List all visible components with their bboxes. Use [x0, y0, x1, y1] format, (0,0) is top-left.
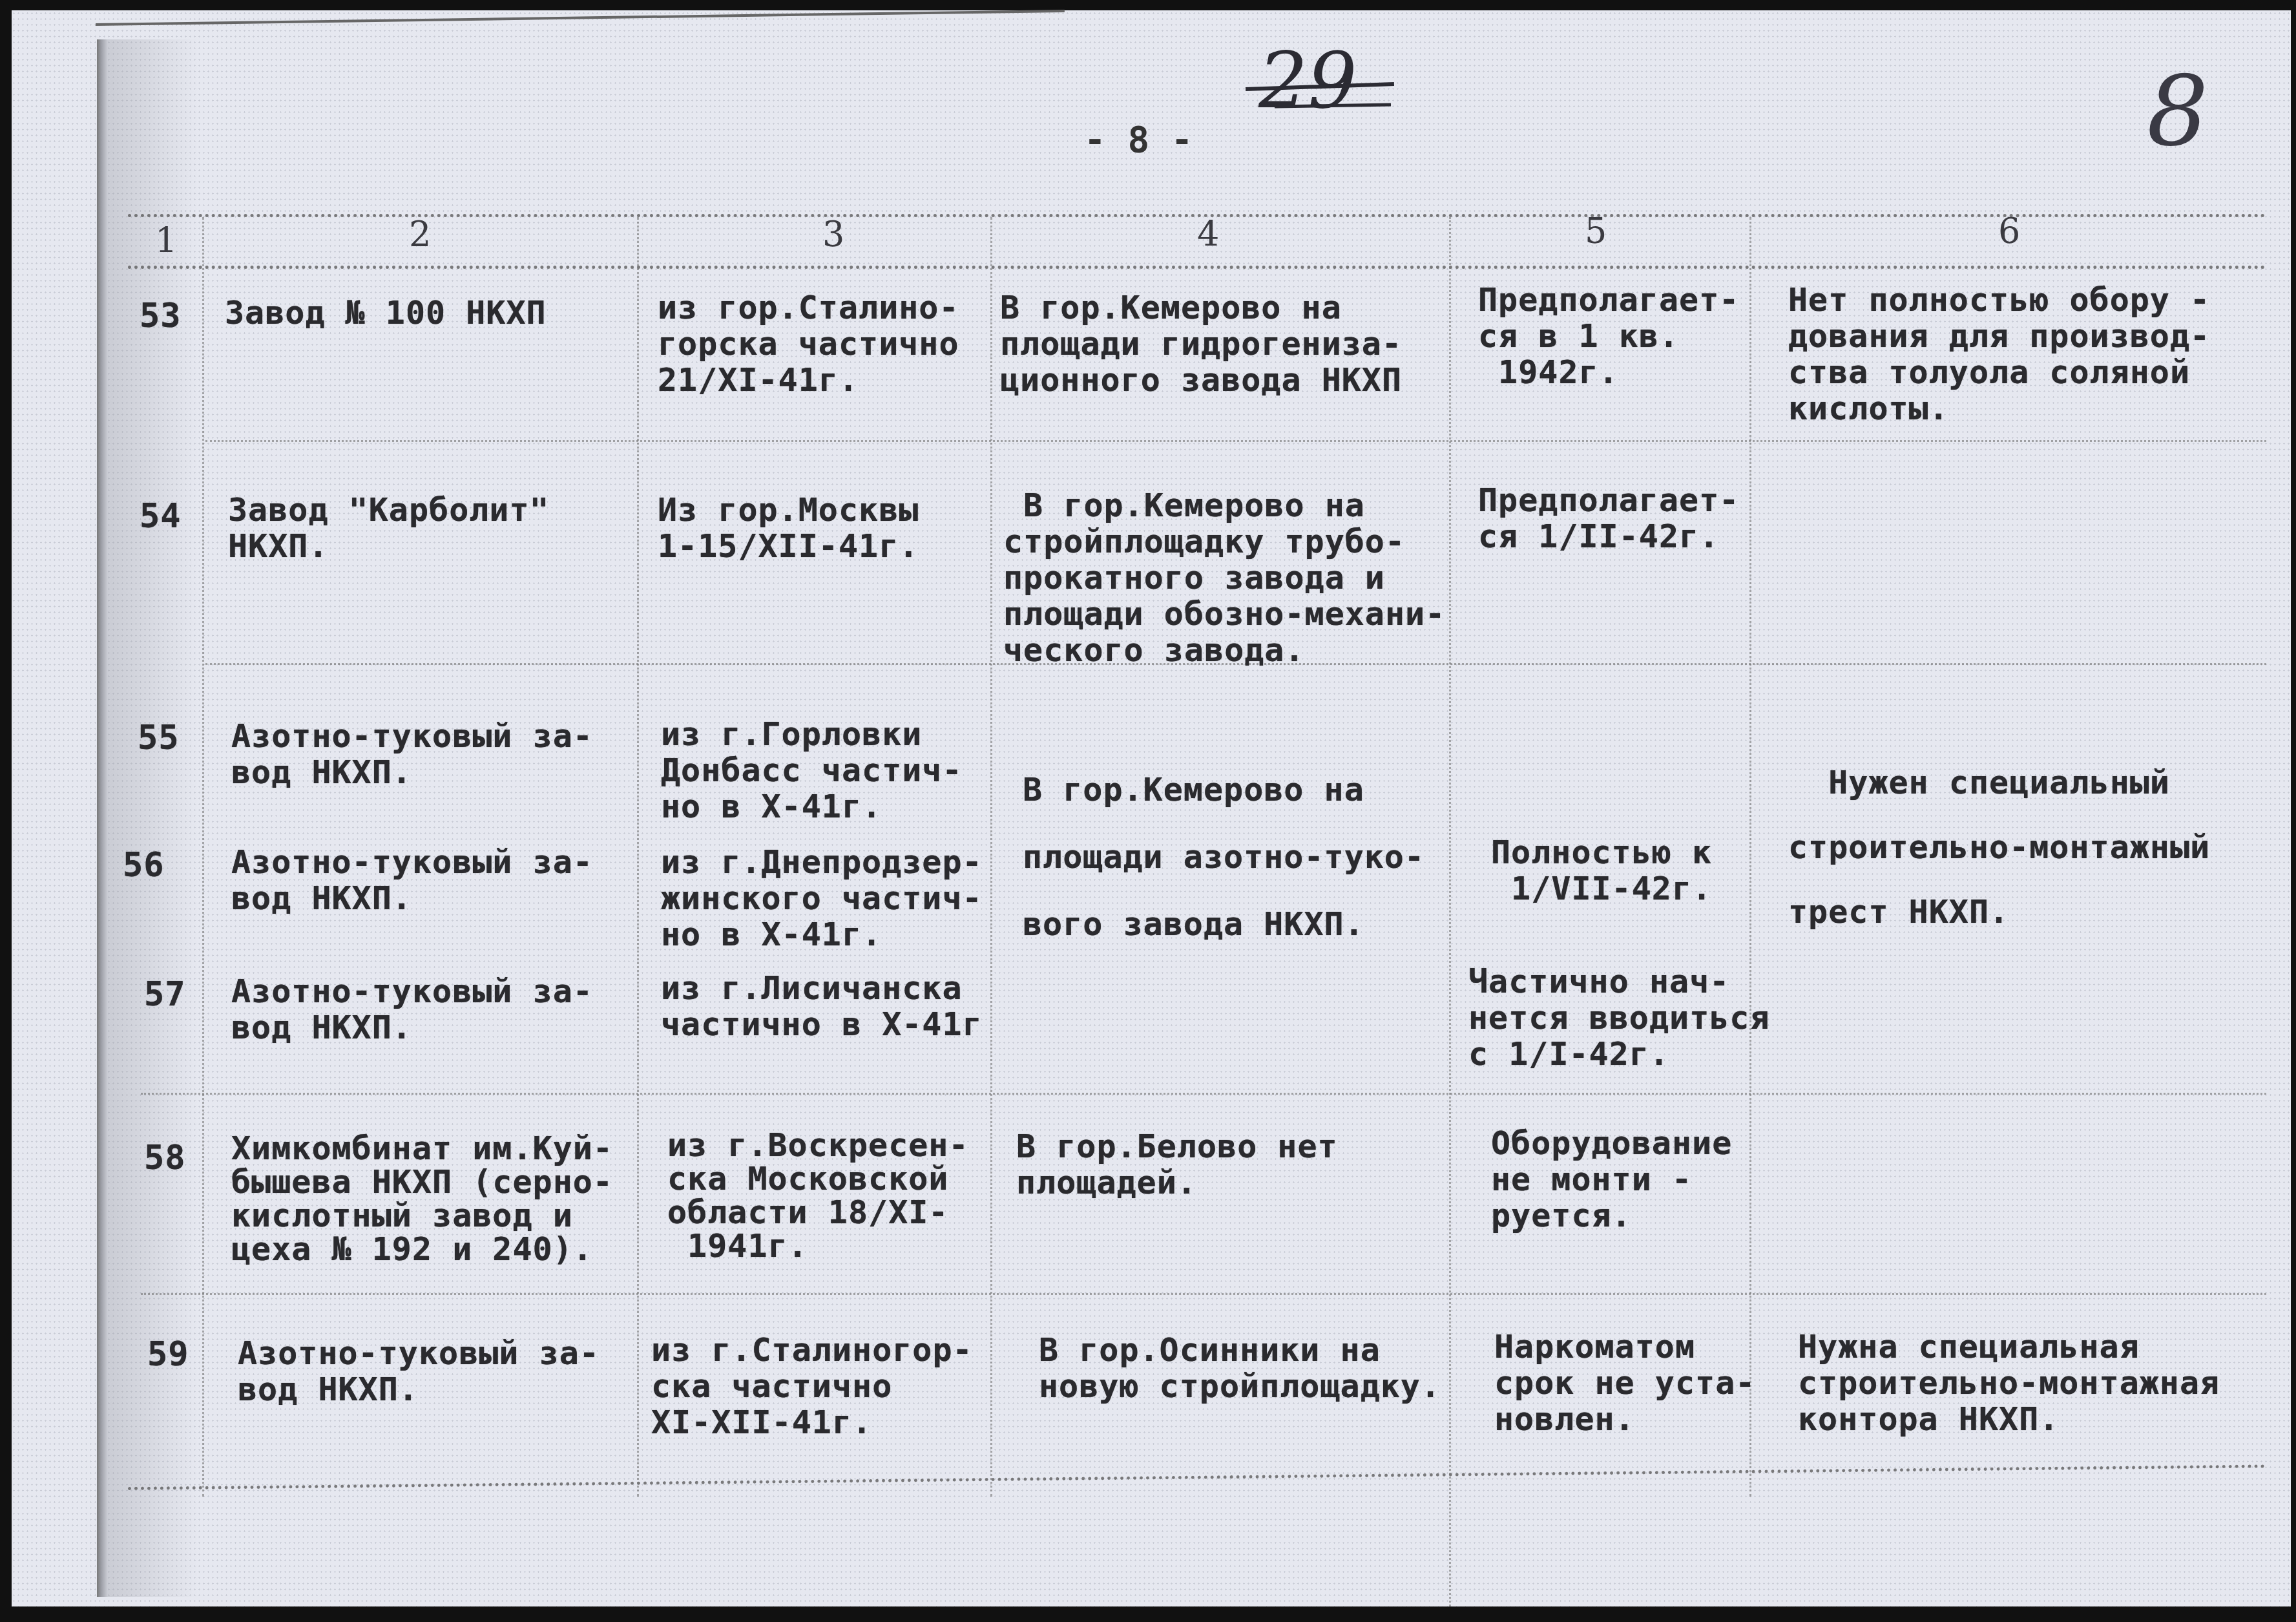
page-number: - 8 - [1084, 119, 1193, 161]
row-number: 53 [140, 298, 182, 334]
row-number: 54 [140, 498, 182, 534]
enterprise-name: Завод "Карболит" НКХП. [228, 492, 550, 564]
enterprise-name: Завод № 100 НКХП [225, 295, 547, 331]
binding-margin-rule [97, 39, 107, 1597]
document-page: - 8 - 29 8 1 2 3 4 5 6 53 Завод № 100 НК… [12, 10, 2291, 1606]
relocated-to: В гор.Осинники на новую стройплощадку. [1039, 1332, 1441, 1404]
column-number-2: 2 [409, 214, 431, 255]
launch-date: Предполагает- ся в 1 кв. 1942г. [1478, 282, 1739, 390]
page-top-edge [96, 10, 1065, 26]
column-divider [1749, 217, 1751, 1497]
notes: Нет полностью обору - дования для произв… [1788, 282, 2210, 427]
table-bottom-rule [128, 1464, 2266, 1490]
enterprise-name: Химкомбинат им.Куй- бышева НКХП (серно- … [231, 1132, 613, 1266]
launch-date: Оборудование не монти - руется. [1491, 1125, 1732, 1234]
relocated-to: В гор.Белово нет площадей. [1016, 1128, 1338, 1201]
enterprise-name: Азотно-туковый за- вод НКХП. [231, 973, 593, 1046]
launch-date: Наркоматом срок не уста- новлен. [1494, 1329, 1755, 1437]
handwritten-corner-number: 8 [2147, 56, 2208, 168]
evacuated-from: из гор.Сталино- горска частично 21/XI-41… [658, 290, 959, 398]
evacuated-from: из г.Лисичанска частично в X-41г [661, 970, 983, 1042]
relocated-to: В гор.Кемерово на площади гидрогениза- ц… [1000, 290, 1402, 398]
launch-date: Предполагает- ся 1/II-42г. [1478, 482, 1739, 554]
evacuated-from: Из гор.Москвы 1-15/XII-41г. [658, 492, 919, 564]
relocated-to: В гор.Кемерово на стройплощадку трубо- п… [1003, 487, 1445, 668]
column-number-1: 1 [155, 220, 177, 261]
row-number: 59 [147, 1336, 189, 1373]
column-number-6: 6 [1998, 211, 2020, 251]
row-number: 57 [144, 976, 186, 1013]
column-number-5: 5 [1585, 211, 1607, 251]
row-number: 58 [144, 1140, 186, 1176]
notes: Нужна специальная строительно-монтажная … [1798, 1329, 2220, 1437]
row-divider [141, 1093, 2266, 1095]
column-divider [202, 217, 204, 1497]
row-divider [141, 1293, 2266, 1295]
column-number-3: 3 [822, 214, 844, 255]
evacuated-from: из г.Сталиногор- ска частично XI-XII-41г… [651, 1332, 973, 1440]
row-number: 56 [123, 847, 165, 883]
merged-relocated-to: В гор.Кемерово на площади азотно-туко- в… [1023, 773, 1425, 941]
enterprise-name: Азотно-туковый за- вод НКХП. [231, 718, 593, 790]
column-divider [637, 217, 639, 1497]
enterprise-name: Азотно-туковый за- вод НКХП. [231, 844, 593, 916]
header-bottom-rule [128, 266, 2266, 269]
evacuated-from: из г.Воскресен- ска Московской области 1… [667, 1128, 969, 1263]
row-divider [205, 440, 2266, 442]
row-number: 55 [138, 720, 180, 756]
column-number-4: 4 [1197, 214, 1219, 255]
enterprise-name: Азотно-туковый за- вод НКХП. [238, 1335, 600, 1407]
evacuated-from: из г.Днепродзер- жинского частич- но в X… [661, 844, 983, 953]
merged-launch-date: Полностью к 1/VII-42г. [1491, 834, 1712, 907]
evacuated-from: из г.Горловки Донбасс частич- но в X-41г… [661, 716, 963, 825]
merged-notes: Нужен специальный строительно-монтажный … [1788, 766, 2210, 928]
column-divider [990, 217, 992, 1497]
handwritten-folio-number: 29 [1258, 36, 1357, 126]
column-divider [1449, 217, 1451, 1606]
launch-date: Частично нач- нется вводиться с 1/I-42г. [1468, 964, 1770, 1072]
